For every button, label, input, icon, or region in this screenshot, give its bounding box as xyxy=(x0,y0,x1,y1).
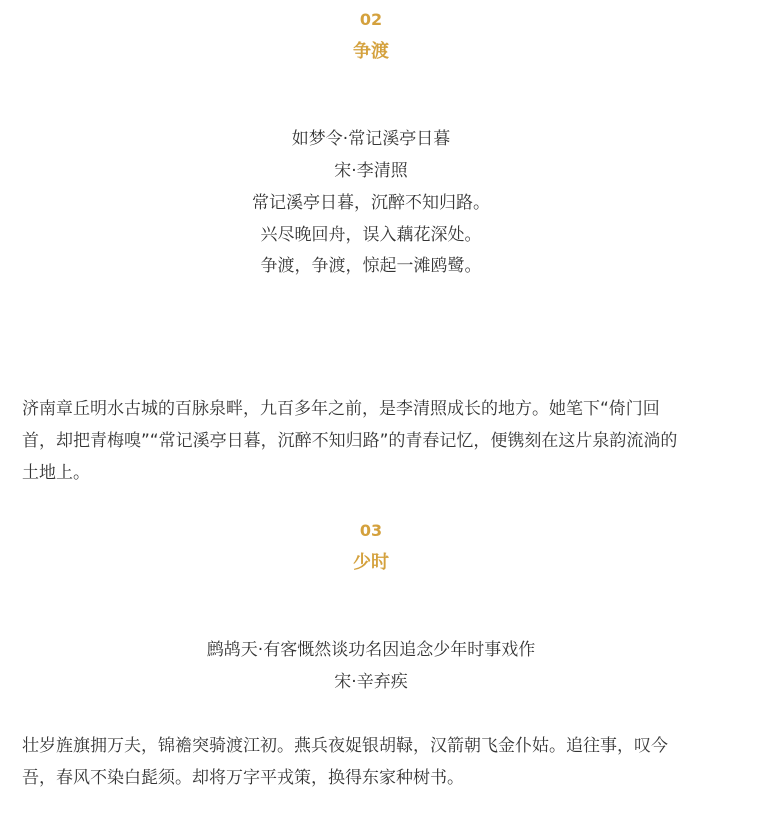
poem-line: 兴尽晚回舟，误入藕花深处。 xyxy=(0,219,742,251)
paragraph-line: 首，却把青梅嗅”“常记溪亭日暮，沉醉不知归路”的青春记忆，便镌刻在这片泉韵流淌的 xyxy=(22,425,734,457)
poem-author: 宋·李清照 xyxy=(0,155,742,187)
poem-line: 争渡，争渡，惊起一滩鸥鹭。 xyxy=(0,250,742,282)
section-title: 争渡 xyxy=(0,40,742,64)
section-number: 02 xyxy=(0,9,742,31)
paragraph-line: 土地上。 xyxy=(22,457,734,489)
section-number: 03 xyxy=(0,520,742,542)
paragraph-line: 壮岁旌旗拥万夫，锦襜突骑渡江初。燕兵夜娖银胡䩮，汉箭朝飞金仆姑。追往事，叹今 xyxy=(22,730,734,762)
paragraph-line: 吾，春风不染白髭须。却将万字平戎策，换得东家种树书。 xyxy=(22,762,734,794)
poem-author: 宋·辛弃疾 xyxy=(0,666,742,698)
poem-title: 如梦令·常记溪亭日暮 xyxy=(0,123,742,155)
poem-title: 鹧鸪天·有客慨然谈功名因追念少年时事戏作 xyxy=(0,634,742,666)
section-title: 少时 xyxy=(0,551,742,575)
paragraph-line: 济南章丘明水古城的百脉泉畔，九百多年之前，是李清照成长的地方。她笔下“倚门回 xyxy=(22,393,734,425)
poem-line: 常记溪亭日暮，沉醉不知归路。 xyxy=(0,187,742,219)
